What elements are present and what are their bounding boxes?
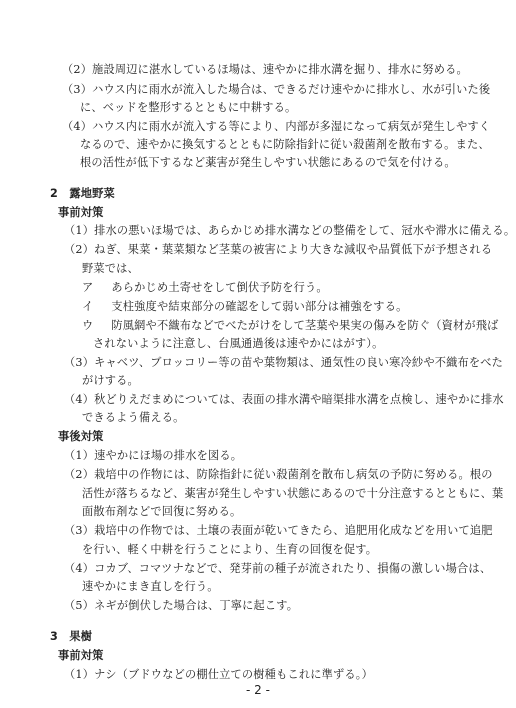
subitem-text: 支柱強度や結束部分の確認をして弱い部分は補強をする。 (111, 300, 407, 313)
item-number: （1） (64, 668, 94, 681)
item-text: キャベツ、ブロッコリー等の苗や葉物類は、通気性の良い寒冷紗や不織布をべた (94, 356, 503, 369)
section-heading: 2 露地野菜 (50, 187, 115, 201)
subitem-text: あらかじめ土寄せをして倒伏予防を行う。 (111, 281, 327, 294)
item-number: （3） (64, 356, 94, 369)
s3-pre-item-1: （1）ナシ（ブドウなどの棚仕立ての樹種もこれに準ずる。） (64, 668, 373, 682)
item-number: （2） (64, 468, 94, 481)
item-text: 速やかにほ場の排水を図る。 (94, 449, 242, 462)
s2-pre-item-2: （2）ねぎ、果菜・葉菜類など茎葉の被害により大きな減収や品質低下が予想される (64, 243, 492, 257)
s2-pre-item-4: （4）秋どりえだまめについては、表面の排水溝や暗渠排水溝を点検し、速やかに排水 (64, 393, 504, 407)
item-text: 秋どりえだまめについては、表面の排水溝や暗渠排水溝を点検し、速やかに排水 (94, 393, 504, 406)
item-text: ハウス内に雨水が流入する等により、内部が多湿になって病気が発生しやすく (92, 120, 490, 133)
item-text: ネギが倒伏した場合は、丁寧に起こす。 (94, 599, 298, 612)
gh-item-4-cont2: 根の活性が低下するなど薬害が発生しやすい状態にあるので気を付ける。 (80, 156, 456, 170)
subitem-u-cont: されないように注意し、台風通過後は速やかにはがす）。 (93, 337, 383, 351)
item-number: （3） (62, 83, 92, 96)
subitem-mark: ア (82, 281, 93, 294)
gh-item-3: （3）ハウス内に雨水が流入した場合は、できるだけ速やかに排水し、水が引いた後 (62, 83, 490, 97)
subitem-mark: ウ (82, 319, 93, 332)
item-text: 栽培中の作物では、土壌の表面が乾いてきたら、追肥用化成などを用いて追肥 (94, 524, 493, 537)
item-number: （2） (62, 63, 92, 76)
gh-item-4-cont1: なるので、速やかに換気するとともに防除指針に従い殺菌剤を散布する。また、 (80, 138, 490, 152)
s2-post-item-3: （3）栽培中の作物では、土壌の表面が乾いてきたら、追肥用化成などを用いて追肥 (64, 524, 493, 538)
gh-item-3-cont: に、ベッドを整形するとともに中耕する。 (80, 101, 296, 115)
s2-post-item-1: （1）速やかにほ場の排水を図る。 (64, 449, 242, 463)
s2-pre-item-3-cont: がけする。 (82, 374, 139, 388)
s2-post-item-2-cont2: 面散布剤などで回復に努める。 (82, 505, 241, 519)
item-number: （3） (64, 524, 94, 537)
item-text: ナシ（ブドウなどの棚仕立ての樹種もこれに準ずる。） (94, 668, 373, 681)
subsection-heading-post: 事後対策 (58, 430, 104, 444)
item-text: 施設周辺に湛水しているほ場は、速やかに排水溝を掘り、排水に努める。 (92, 63, 468, 76)
subitem-i: イ支柱強度や結束部分の確認をして弱い部分は補強をする。 (82, 300, 407, 314)
s2-post-item-5: （5）ネギが倒伏した場合は、丁寧に起こす。 (64, 599, 298, 613)
section-heading: 3 果樹 (50, 630, 92, 644)
item-text: 排水の悪いほ場では、あらかじめ排水溝などの整備をして、冠水や滞水に備える。 (94, 224, 515, 237)
subitem-u: ウ防風網や不織布などでべたがけをして茎葉や果実の傷みを防ぐ（資材が飛ば (82, 319, 499, 333)
s2-post-item-4-cont: 速やかにまき直しを行う。 (82, 580, 219, 594)
item-number: （5） (64, 599, 94, 612)
s2-pre-item-1: （1）排水の悪いほ場では、あらかじめ排水溝などの整備をして、冠水や滞水に備える。 (64, 224, 515, 238)
subsection-heading-pre: 事前対策 (58, 649, 104, 663)
item-text: コカブ、コマツナなどで、発芽前の種子が流されたり、損傷の激しい場合は、 (94, 562, 491, 575)
s2-pre-item-3: （3）キャベツ、ブロッコリー等の苗や葉物類は、通気性の良い寒冷紗や不織布をべた (64, 356, 503, 370)
item-number: （4） (64, 393, 94, 406)
item-number: （4） (62, 120, 92, 133)
subitem-mark: イ (82, 300, 93, 313)
s2-post-item-3-cont: を行い、軽く中耕を行うことにより、生育の回復を促す。 (82, 543, 377, 557)
document-page: （2）施設周辺に湛水しているほ場は、速やかに排水溝を掘り、排水に努める。 （3）… (0, 0, 516, 708)
s2-post-item-4: （4）コカブ、コマツナなどで、発芽前の種子が流されたり、損傷の激しい場合は、 (64, 562, 491, 576)
gh-item-4: （4）ハウス内に雨水が流入する等により、内部が多湿になって病気が発生しやすく (62, 120, 490, 134)
item-text: ハウス内に雨水が流入した場合は、できるだけ速やかに排水し、水が引いた後 (92, 83, 490, 96)
subitem-a: アあらかじめ土寄せをして倒伏予防を行う。 (82, 281, 328, 295)
item-number: （1） (64, 224, 94, 237)
subsection-heading-pre: 事前対策 (58, 206, 104, 220)
item-number: （1） (64, 449, 94, 462)
s2-pre-item-4-cont: できるよう備える。 (82, 411, 185, 425)
subitem-text: 防風網や不織布などでべたがけをして茎葉や果実の傷みを防ぐ（資材が飛ば (111, 319, 498, 332)
s2-post-item-2: （2）栽培中の作物には、防除指針に従い殺菌剤を散布し病気の予防に努める。根の (64, 468, 493, 482)
s2-post-item-2-cont1: 活性が落ちるなど、薬害が発生しやすい状態にあるので十分注意するとともに、葉 (82, 487, 503, 501)
page-number: - 2 - (0, 683, 516, 697)
s2-pre-item-2-cont: 野菜では、 (82, 262, 139, 276)
item-number: （2） (64, 243, 94, 256)
item-text: ねぎ、果菜・葉菜類など茎葉の被害により大きな減収や品質低下が予想される (94, 243, 492, 256)
gh-item-2: （2）施設周辺に湛水しているほ場は、速やかに排水溝を掘り、排水に努める。 (62, 63, 468, 77)
item-text: 栽培中の作物には、防除指針に従い殺菌剤を散布し病気の予防に努める。根の (94, 468, 493, 481)
item-number: （4） (64, 562, 94, 575)
